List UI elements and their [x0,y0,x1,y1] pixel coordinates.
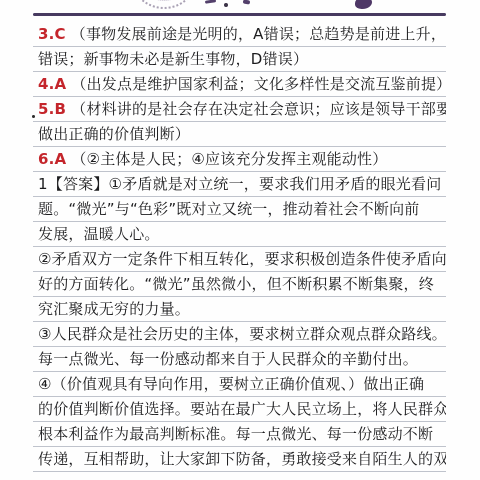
ink-dot-icon [224,3,228,7]
ink-fragment-icon [243,0,251,5]
note-line-text: 究汇聚成无穷的力量。 [38,302,190,317]
note-line: 错误；新事物未必是新生事物，D错误） [33,47,446,72]
ruled-lines-area: 3.C （事物发展前途是光明的，A错误；总趋势是前进上升，B 错误；新事物未必是… [33,16,446,472]
note-line: 每一点微光、每一份感动都来自于人民群众的辛勤付出。 [33,347,446,372]
note-line: 5.B （材料讲的是社会存在决定社会意识；应该是领导干部要 [33,97,446,122]
note-line: 传递，互相帮助，让大家卸下防备，勇敢接受来自陌生人的双 [33,447,446,472]
answer-label: 3.C [38,27,66,42]
answer-label: 4.A [38,77,66,92]
note-line-text: 的价值判断价值选择。要站在最广大人民立场上，将人民群众 [38,402,446,417]
note-line: 做出正确的价值判断） [33,122,446,147]
note-line-text: （②主体是人民；④应该充分发挥主观能动性） [71,152,387,167]
school-seal-inner-ring [137,0,191,1]
answer-label: 5.B [38,102,66,117]
answer-label: 6.A [38,152,66,167]
note-line-text: （材料讲的是社会存在决定社会意识；应该是领导干部要 [71,102,446,117]
note-line-text: 根本利益作为最高判断标准。每一点微光、每一份感动不断 [38,427,433,442]
note-line-text: 错误；新事物未必是新生事物，D错误） [38,52,308,67]
note-line-text: ③人民群众是社会历史的主体，要求树立群众观点群众路线。 [38,327,446,342]
note-line-text: 1【答案】①矛盾就是对立统一，要求我们用矛盾的眼光看问 [38,177,441,192]
note-line: ③人民群众是社会历史的主体，要求树立群众观点群众路线。 [33,322,446,347]
note-line-text: 发展，温暖人心。 [38,227,160,242]
ink-fragment-icon [205,0,216,4]
note-line: 1【答案】①矛盾就是对立统一，要求我们用矛盾的眼光看问 [33,172,446,197]
ink-blob-icon [355,0,372,9]
note-line-text: ②矛盾双方一定条件下相互转化，要求积极创造条件使矛盾向 [38,252,446,267]
note-line: 的价值判断价值选择。要站在最广大人民立场上，将人民群众 [33,397,446,422]
note-line-text: 好的方面转化。“微光”虽然微小，但不断积累不断集聚，终 [38,277,434,292]
note-line: 好的方面转化。“微光”虽然微小，但不断积累不断集聚，终 [33,272,446,297]
note-line: ②矛盾双方一定条件下相互转化，要求积极创造条件使矛盾向 [33,247,446,272]
notes-page: 3.C （事物发展前途是光明的，A错误；总趋势是前进上升，B 错误；新事物未必是… [0,0,480,480]
note-line-text: ④（价值观具有导向作用，要树立正确价值观、）做出正确 [38,377,424,392]
note-line-text: 题。“微光”与“色彩”既对立又统一，推动着社会不断向前 [38,202,420,217]
note-line-text: 传递，互相帮助，让大家卸下防备，勇敢接受来自陌生人的双 [38,452,446,467]
note-line-text: 做出正确的价值判断） [38,127,190,142]
note-line: 发展，温暖人心。 [33,222,446,247]
school-seal-icon [129,0,199,9]
note-line: 根本利益作为最高判断标准。每一点微光、每一份感动不断 [33,422,446,447]
note-line: 究汇聚成无穷的力量。 [33,297,446,322]
note-line: 题。“微光”与“色彩”既对立又统一，推动着社会不断向前 [33,197,446,222]
note-line-text: 每一点微光、每一份感动都来自于人民群众的辛勤付出。 [38,352,418,367]
note-line: 4.A （出发点是维护国家利益；文化多样性是交流互鉴前提） [33,72,446,97]
note-line-text: （事物发展前途是光明的，A错误；总趋势是前进上升，B [71,27,446,42]
note-line: ④（价值观具有导向作用，要树立正确价值观、）做出正确 [33,372,446,397]
note-line-text: （出发点是维护国家利益；文化多样性是交流互鉴前提） [71,77,446,92]
note-line: 3.C （事物发展前途是光明的，A错误；总趋势是前进上升，B [33,16,446,47]
note-line: 6.A （②主体是人民；④应该充分发挥主观能动性） [33,147,446,172]
